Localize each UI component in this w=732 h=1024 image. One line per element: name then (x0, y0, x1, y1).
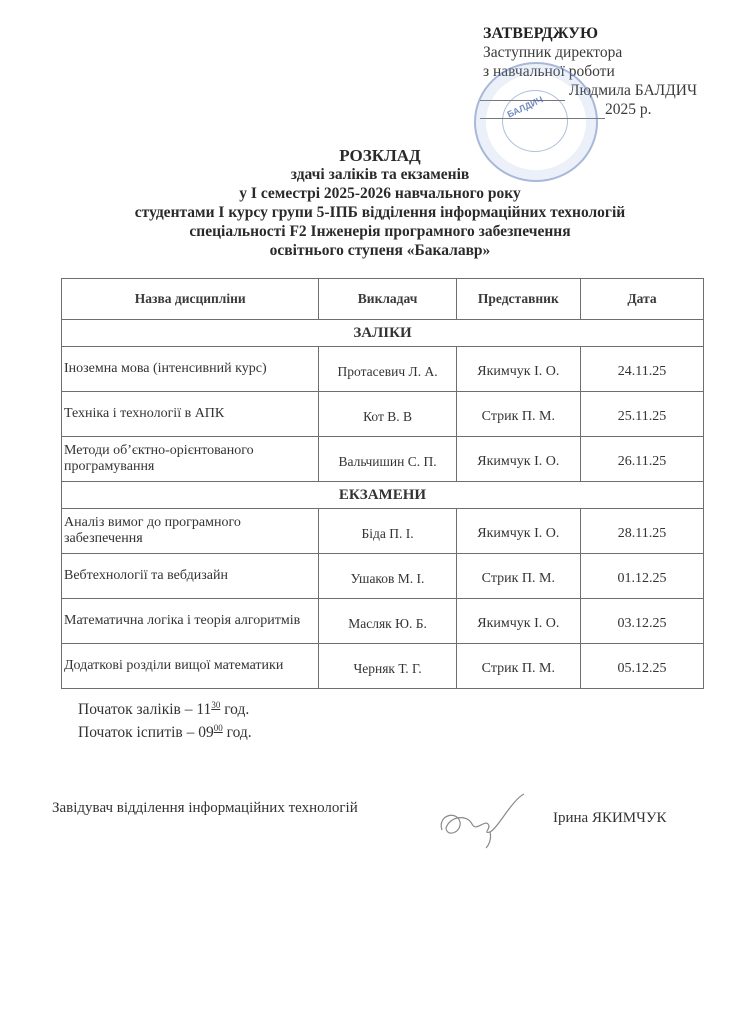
table-row: Методи об’єктно-орієнтованого програмува… (62, 437, 704, 482)
section-title: ЕКЗАМЕНИ (62, 482, 704, 509)
date-cell: 24.11.25 (581, 347, 704, 392)
representative-cell: Якимчук І. О. (456, 599, 580, 644)
table-row: Аналіз вимог до програмного забезпечення… (62, 509, 704, 554)
table-row: Техніка і технології в АПККот В. ВСтрик … (62, 392, 704, 437)
schedule-table: Назва дисципліни Викладач Представник Да… (61, 278, 704, 689)
table-row: Іноземна мова (інтенсивний курс)Протасев… (62, 347, 704, 392)
section-row: ЕКЗАМЕНИ (62, 482, 704, 509)
footer-name: Ірина ЯКИМЧУК (553, 810, 667, 827)
representative-cell: Якимчук І. О. (456, 509, 580, 554)
footer-position: Завідувач відділення інформаційних техно… (52, 800, 358, 817)
credits-start-time: Початок заліків – 1130 год. (78, 696, 252, 719)
teacher-cell: Масляк Ю. Б. (319, 599, 456, 644)
teacher-cell: Ушаков М. І. (319, 554, 456, 599)
title-line3: студентами І курсу групи 5-ІПБ відділенн… (60, 203, 700, 222)
header-representative: Представник (456, 279, 580, 320)
header-teacher: Викладач (319, 279, 456, 320)
table-header-row: Назва дисципліни Викладач Представник Да… (62, 279, 704, 320)
title-line5: освітнього ступеня «Бакалавр» (60, 241, 700, 260)
date-cell: 03.12.25 (581, 599, 704, 644)
title-main: РОЗКЛАД (60, 146, 700, 165)
subject-cell: Методи об’єктно-орієнтованого програмува… (62, 437, 319, 482)
document-title: РОЗКЛАД здачі заліків та екзаменів у І с… (60, 146, 700, 260)
date-cell: 05.12.25 (581, 644, 704, 689)
table-row: Математична логіка і теорія алгоритмівМа… (62, 599, 704, 644)
header-date: Дата (581, 279, 704, 320)
teacher-cell: Біда П. І. (319, 509, 456, 554)
table-row: Додаткові розділи вищої математикиЧерняк… (62, 644, 704, 689)
representative-cell: Якимчук І. О. (456, 347, 580, 392)
representative-cell: Якимчук І. О. (456, 437, 580, 482)
date-cell: 28.11.25 (581, 509, 704, 554)
title-line2: у І семестрі 2025-2026 навчального року (60, 184, 700, 203)
exams-start-time: Початок іспитів – 0900 год. (78, 719, 252, 742)
representative-cell: Стрик П. М. (456, 554, 580, 599)
subject-cell: Вебтехнології та вебдизайн (62, 554, 319, 599)
table-row: Вебтехнології та вебдизайнУшаков М. І.Ст… (62, 554, 704, 599)
representative-cell: Стрик П. М. (456, 644, 580, 689)
subject-cell: Додаткові розділи вищої математики (62, 644, 319, 689)
subject-cell: Іноземна мова (інтенсивний курс) (62, 347, 319, 392)
teacher-cell: Протасевич Л. А. (319, 347, 456, 392)
title-line4: спеціальності F2 Інженерія програмного з… (60, 222, 700, 241)
date-cell: 01.12.25 (581, 554, 704, 599)
start-times: Початок заліків – 1130 год. Початок іспи… (78, 696, 252, 742)
subject-cell: Техніка і технології в АПК (62, 392, 319, 437)
subject-cell: Математична логіка і теорія алгоритмів (62, 599, 319, 644)
subject-cell: Аналіз вимог до програмного забезпечення (62, 509, 319, 554)
teacher-cell: Черняк Т. Г. (319, 644, 456, 689)
section-row: ЗАЛІКИ (62, 320, 704, 347)
approval-heading: ЗАТВЕРДЖУЮ (483, 24, 728, 43)
representative-cell: Стрик П. М. (456, 392, 580, 437)
date-cell: 25.11.25 (581, 392, 704, 437)
date-cell: 26.11.25 (581, 437, 704, 482)
section-title: ЗАЛІКИ (62, 320, 704, 347)
handwritten-signature-icon (432, 790, 532, 850)
teacher-cell: Вальчишин С. П. (319, 437, 456, 482)
approval-position-line1: Заступник директора (483, 43, 728, 62)
teacher-cell: Кот В. В (319, 392, 456, 437)
header-subject: Назва дисципліни (62, 279, 319, 320)
title-line1: здачі заліків та екзаменів (60, 165, 700, 184)
